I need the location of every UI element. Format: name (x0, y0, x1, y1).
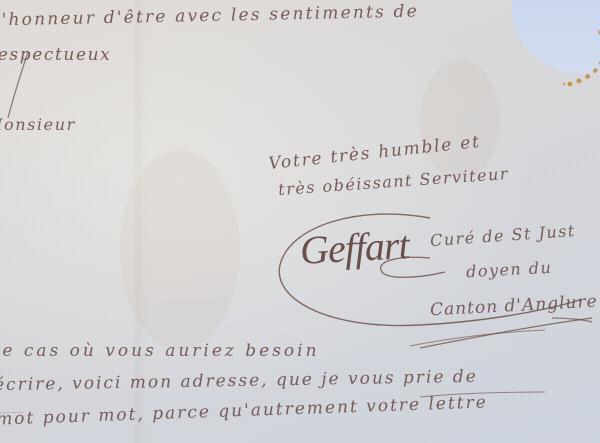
postscript-line-2: écrire, voici mon adresse, que je vous p… (0, 367, 478, 395)
letter-line-honneur: l'honneur d'être avec les sentiments de (0, 2, 419, 31)
paper-stain (420, 60, 500, 180)
letter-line-monsieur: Monsieur (0, 115, 76, 134)
signature-title-canton: Canton d'Anglure (430, 292, 599, 321)
postscript-line-3: mot pour mot, parce qu'autrement votre l… (0, 392, 488, 429)
postscript-line-1: le cas où vous auriez besoin (0, 341, 320, 361)
letter-sheet: l'honneur d'être avec les sentiments de … (0, 0, 600, 443)
signature-title-doyen: doyen du (466, 258, 553, 281)
paper-stain (120, 150, 240, 350)
signature-name: Geffart (299, 221, 410, 274)
signature-title-cure: Curé de St Just (430, 221, 577, 250)
letter-line-respectueux: respectueux (0, 45, 111, 65)
